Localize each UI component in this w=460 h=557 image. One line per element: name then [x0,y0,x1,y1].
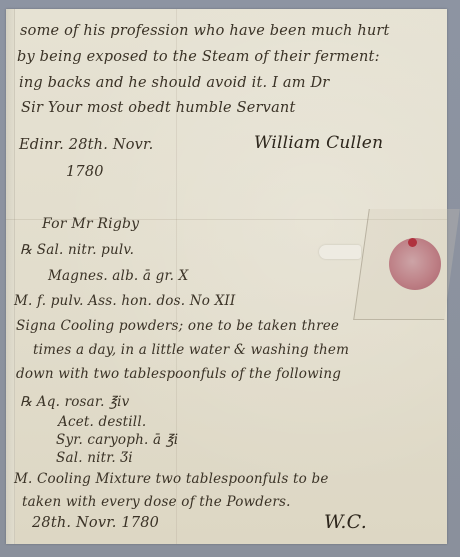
prescription-line: Signa Cooling powders; one to be taken t… [16,318,339,334]
prescription-line: Syr. caryoph. ā ℥i [56,432,178,448]
prescription-line: taken with every dose of the Powders. [22,494,291,510]
prescription-line: M. f. pulv. Ass. hon. dos. No XII [14,293,235,309]
prescription-line: ℞ Sal. nitr. pulv. [20,242,134,258]
wax-seal-spot [408,238,417,247]
prescription-line: Acet. destill. [58,414,146,430]
prescription-line: times a day, in a little water & washing… [33,342,349,358]
letter-year: 1780 [66,164,104,180]
manuscript-page: some of his profession who have been muc… [6,9,447,544]
prescription-initials: W.C. [324,511,367,533]
prescription-line: down with two tablespoonfuls of the foll… [16,366,341,382]
prescription-line: Magnes. alb. ā gr. X [48,268,188,284]
page-binding-edge [6,9,15,544]
letter-line: by being exposed to the Steam of their f… [17,49,380,65]
prescription-patient: For Mr Rigby [42,216,139,232]
prescription-line: Sal. nitr. Ʒi [56,450,133,466]
letter-place-date: Edinr. 28th. Novr. [19,137,153,153]
letter-line: some of his profession who have been muc… [20,23,390,39]
prescription-line: ℞ Aq. rosar. ℥iv [20,394,129,410]
letter-closing: Sir Your most obedt humble Servant [21,100,295,116]
paper-tear [319,245,361,259]
prescription-line: M. Cooling Mixture two tablespoonfuls to… [14,471,329,487]
letter-line: ing backs and he should avoid it. I am D… [19,75,329,91]
prescription-date: 28th. Novr. 1780 [32,515,159,531]
signature-william-cullen: William Cullen [254,133,383,153]
